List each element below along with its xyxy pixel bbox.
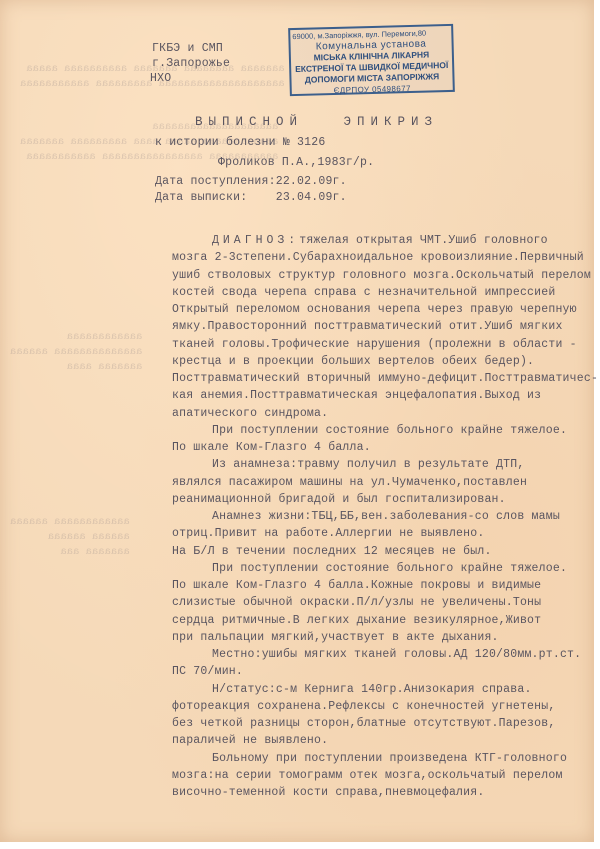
institution-name: ГКБЭ и СМП: [152, 41, 223, 56]
body-line: апатического синдрома.: [172, 406, 328, 421]
body-line: Открытый переломом основания черепа чере…: [172, 302, 577, 317]
body-line: При поступлении состояние больного крайн…: [212, 423, 567, 438]
case-history-number: к истории болезни № 3126: [155, 135, 325, 150]
body-line: без четкой разницы сторон,блатные отсутс…: [172, 716, 555, 731]
department-name: НХО: [150, 71, 171, 86]
body-line: мозга 2-3степени.Субарахноидальное крово…: [172, 250, 584, 265]
body-line: По шкале Ком-Глазго 4 балла.: [172, 440, 371, 455]
body-line: являлся пасажиром машины на ул.Чумаченко…: [172, 475, 527, 490]
body-line: На Б/Л в течении последних 12 месяцев не…: [172, 544, 492, 559]
body-line: при пальпации мягкий,участвует в акте ды…: [172, 630, 499, 645]
body-line: крестца и в проекции больших вертелов об…: [172, 354, 534, 369]
body-line: отриц.Привит на работе.Аллергии не выявл…: [172, 526, 484, 541]
patient-name: Фроликов П.А.,1983г/р.: [218, 155, 374, 170]
official-stamp: 69000, м.Запоріжжя, вул. Перемоги,80 Ком…: [288, 24, 455, 96]
discharge-label: Дата выписки:: [155, 191, 247, 204]
body-line: По шкале Ком-Глазго 4 балла.Кожные покро…: [172, 578, 541, 593]
body-line: ПС 70/мин.: [172, 664, 243, 679]
bleed-through-text: аааааааааааа аааааааааааааа аааааа ааааа…: [10, 330, 142, 375]
diagnosis-label: ДИАГНОЗ:: [212, 234, 299, 247]
body-line: слизистые обычной окраски.П/л/узлы не ув…: [172, 595, 541, 610]
body-line: мозга:на серии томограмм отек мозга,оско…: [172, 768, 563, 783]
body-line: фотореакция сохранена.Рефлексы с конечно…: [172, 699, 555, 714]
body-line: Н/статус:с-м Кернига 140гр.Анизокария сп…: [212, 682, 532, 697]
document-title: ВЫПИСНОЙ ЭПИКРИЗ: [195, 115, 438, 130]
diagnosis-text: тяжелая открытая ЧМТ.Ушиб головного: [299, 234, 548, 247]
body-line: кая анемия.Посттравматическая энцефалопа…: [172, 388, 541, 403]
body-line: ямку.Правосторонний посттравматический о…: [172, 319, 563, 334]
body-line: височно-теменной кости справа,пневмоцефа…: [172, 785, 484, 800]
body-line: костей свода черепа справа с незначитель…: [172, 285, 555, 300]
bleed-through-text: аааааааааааа аааааа аааааа аааааа аааааа…: [10, 515, 130, 560]
body-line: При поступлении состояние больного крайн…: [212, 561, 567, 576]
body-line: параличей не выявлено.: [172, 733, 328, 748]
body-line: тканей головы.Трофические нарушения (про…: [172, 337, 577, 352]
admission-label: Дата поступления:: [155, 175, 276, 188]
admission-row: Дата поступления:22.02.09г.: [155, 174, 347, 189]
body-line: сердца ритмичные.В легких дыхание везику…: [172, 613, 541, 628]
body-line: ушиб стволовых структур головного мозга.…: [172, 268, 591, 283]
admission-date: 22.02.09г.: [276, 175, 347, 188]
body-line: реанимационной бригадой и был госпитализ…: [172, 492, 506, 507]
body-line: Посттравматический вторичный иммуно-дефи…: [172, 371, 598, 386]
body-line: Анамнез жизни:ТБЦ,ББ,вен.заболевания-со …: [212, 509, 560, 524]
body-line: ДИАГНОЗ:тяжелая открытая ЧМТ.Ушиб головн…: [212, 233, 548, 248]
city-name: г.Запорожье: [152, 56, 230, 71]
body-line: Из анамнеза:травму получил в результате …: [212, 457, 524, 472]
discharge-date: 23.04.09г.: [276, 191, 347, 204]
discharge-row: Дата выписки: 23.04.09г.: [155, 190, 347, 205]
body-line: Местно:ушибы мягких тканей головы.АД 120…: [212, 647, 581, 662]
body-line: Больному при поступлении произведена КТГ…: [212, 751, 567, 766]
